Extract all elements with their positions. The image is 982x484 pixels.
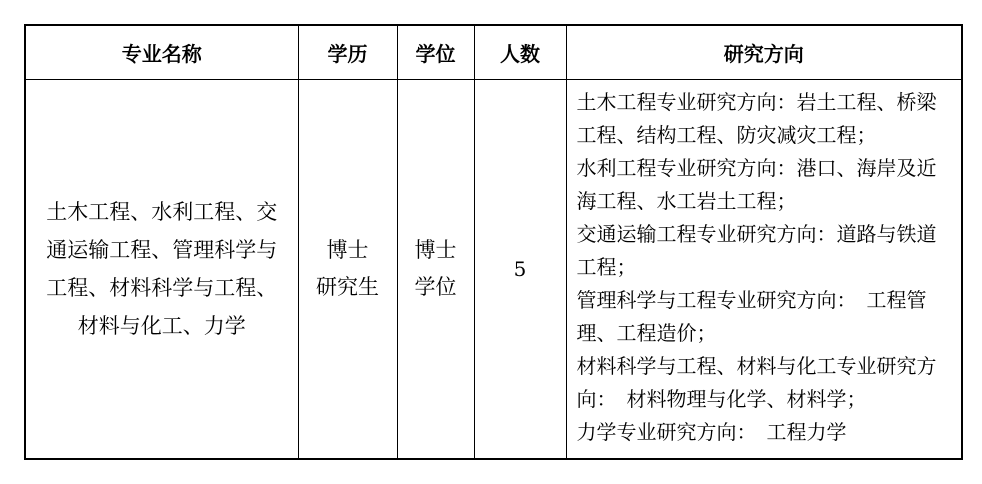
header-count: 人数 — [474, 25, 566, 79]
page: 专业名称 学历 学位 人数 研究方向 土木工程、水利工程、交通运输工程、管理科学… — [0, 0, 982, 484]
major-cell: 土木工程、水利工程、交通运输工程、管理科学与工程、材料科学与工程、材料与化工、力… — [25, 79, 298, 459]
degree-line: 学位 — [402, 269, 470, 306]
research-direction-item: 交通运输工程专业研究方向：道路与铁道工程； — [577, 218, 954, 284]
research-direction-item: 土木工程专业研究方向：岩土工程、桥梁工程、结构工程、防灾减灾工程； — [577, 86, 954, 152]
header-degree: 学位 — [397, 25, 474, 79]
education-line: 研究生 — [303, 269, 393, 306]
research-direction-item: 材料科学与工程、材料与化工专业研究方向： 材料物理与化学、材料学； — [577, 350, 954, 416]
education-line: 博士 — [303, 232, 393, 269]
research-direction-item: 力学专业研究方向： 工程力学 — [577, 416, 954, 449]
header-major: 专业名称 — [25, 25, 298, 79]
degree-line: 博士 — [402, 232, 470, 269]
header-education: 学历 — [298, 25, 397, 79]
table-row: 土木工程、水利工程、交通运输工程、管理科学与工程、材料科学与工程、材料与化工、力… — [25, 79, 962, 459]
research-direction-item: 水利工程专业研究方向：港口、海岸及近海工程、水工岩土工程； — [577, 152, 954, 218]
degree-cell: 博士学位 — [397, 79, 474, 459]
count-cell: 5 — [474, 79, 566, 459]
education-cell: 博士研究生 — [298, 79, 397, 459]
research-direction-item: 管理科学与工程专业研究方向： 工程管理、工程造价； — [577, 284, 954, 350]
header-row: 专业名称 学历 学位 人数 研究方向 — [25, 25, 962, 79]
research-direction-cell: 土木工程专业研究方向：岩土工程、桥梁工程、结构工程、防灾减灾工程；水利工程专业研… — [566, 79, 962, 459]
recruitment-table: 专业名称 学历 学位 人数 研究方向 土木工程、水利工程、交通运输工程、管理科学… — [24, 24, 963, 460]
header-research-direction: 研究方向 — [566, 25, 962, 79]
